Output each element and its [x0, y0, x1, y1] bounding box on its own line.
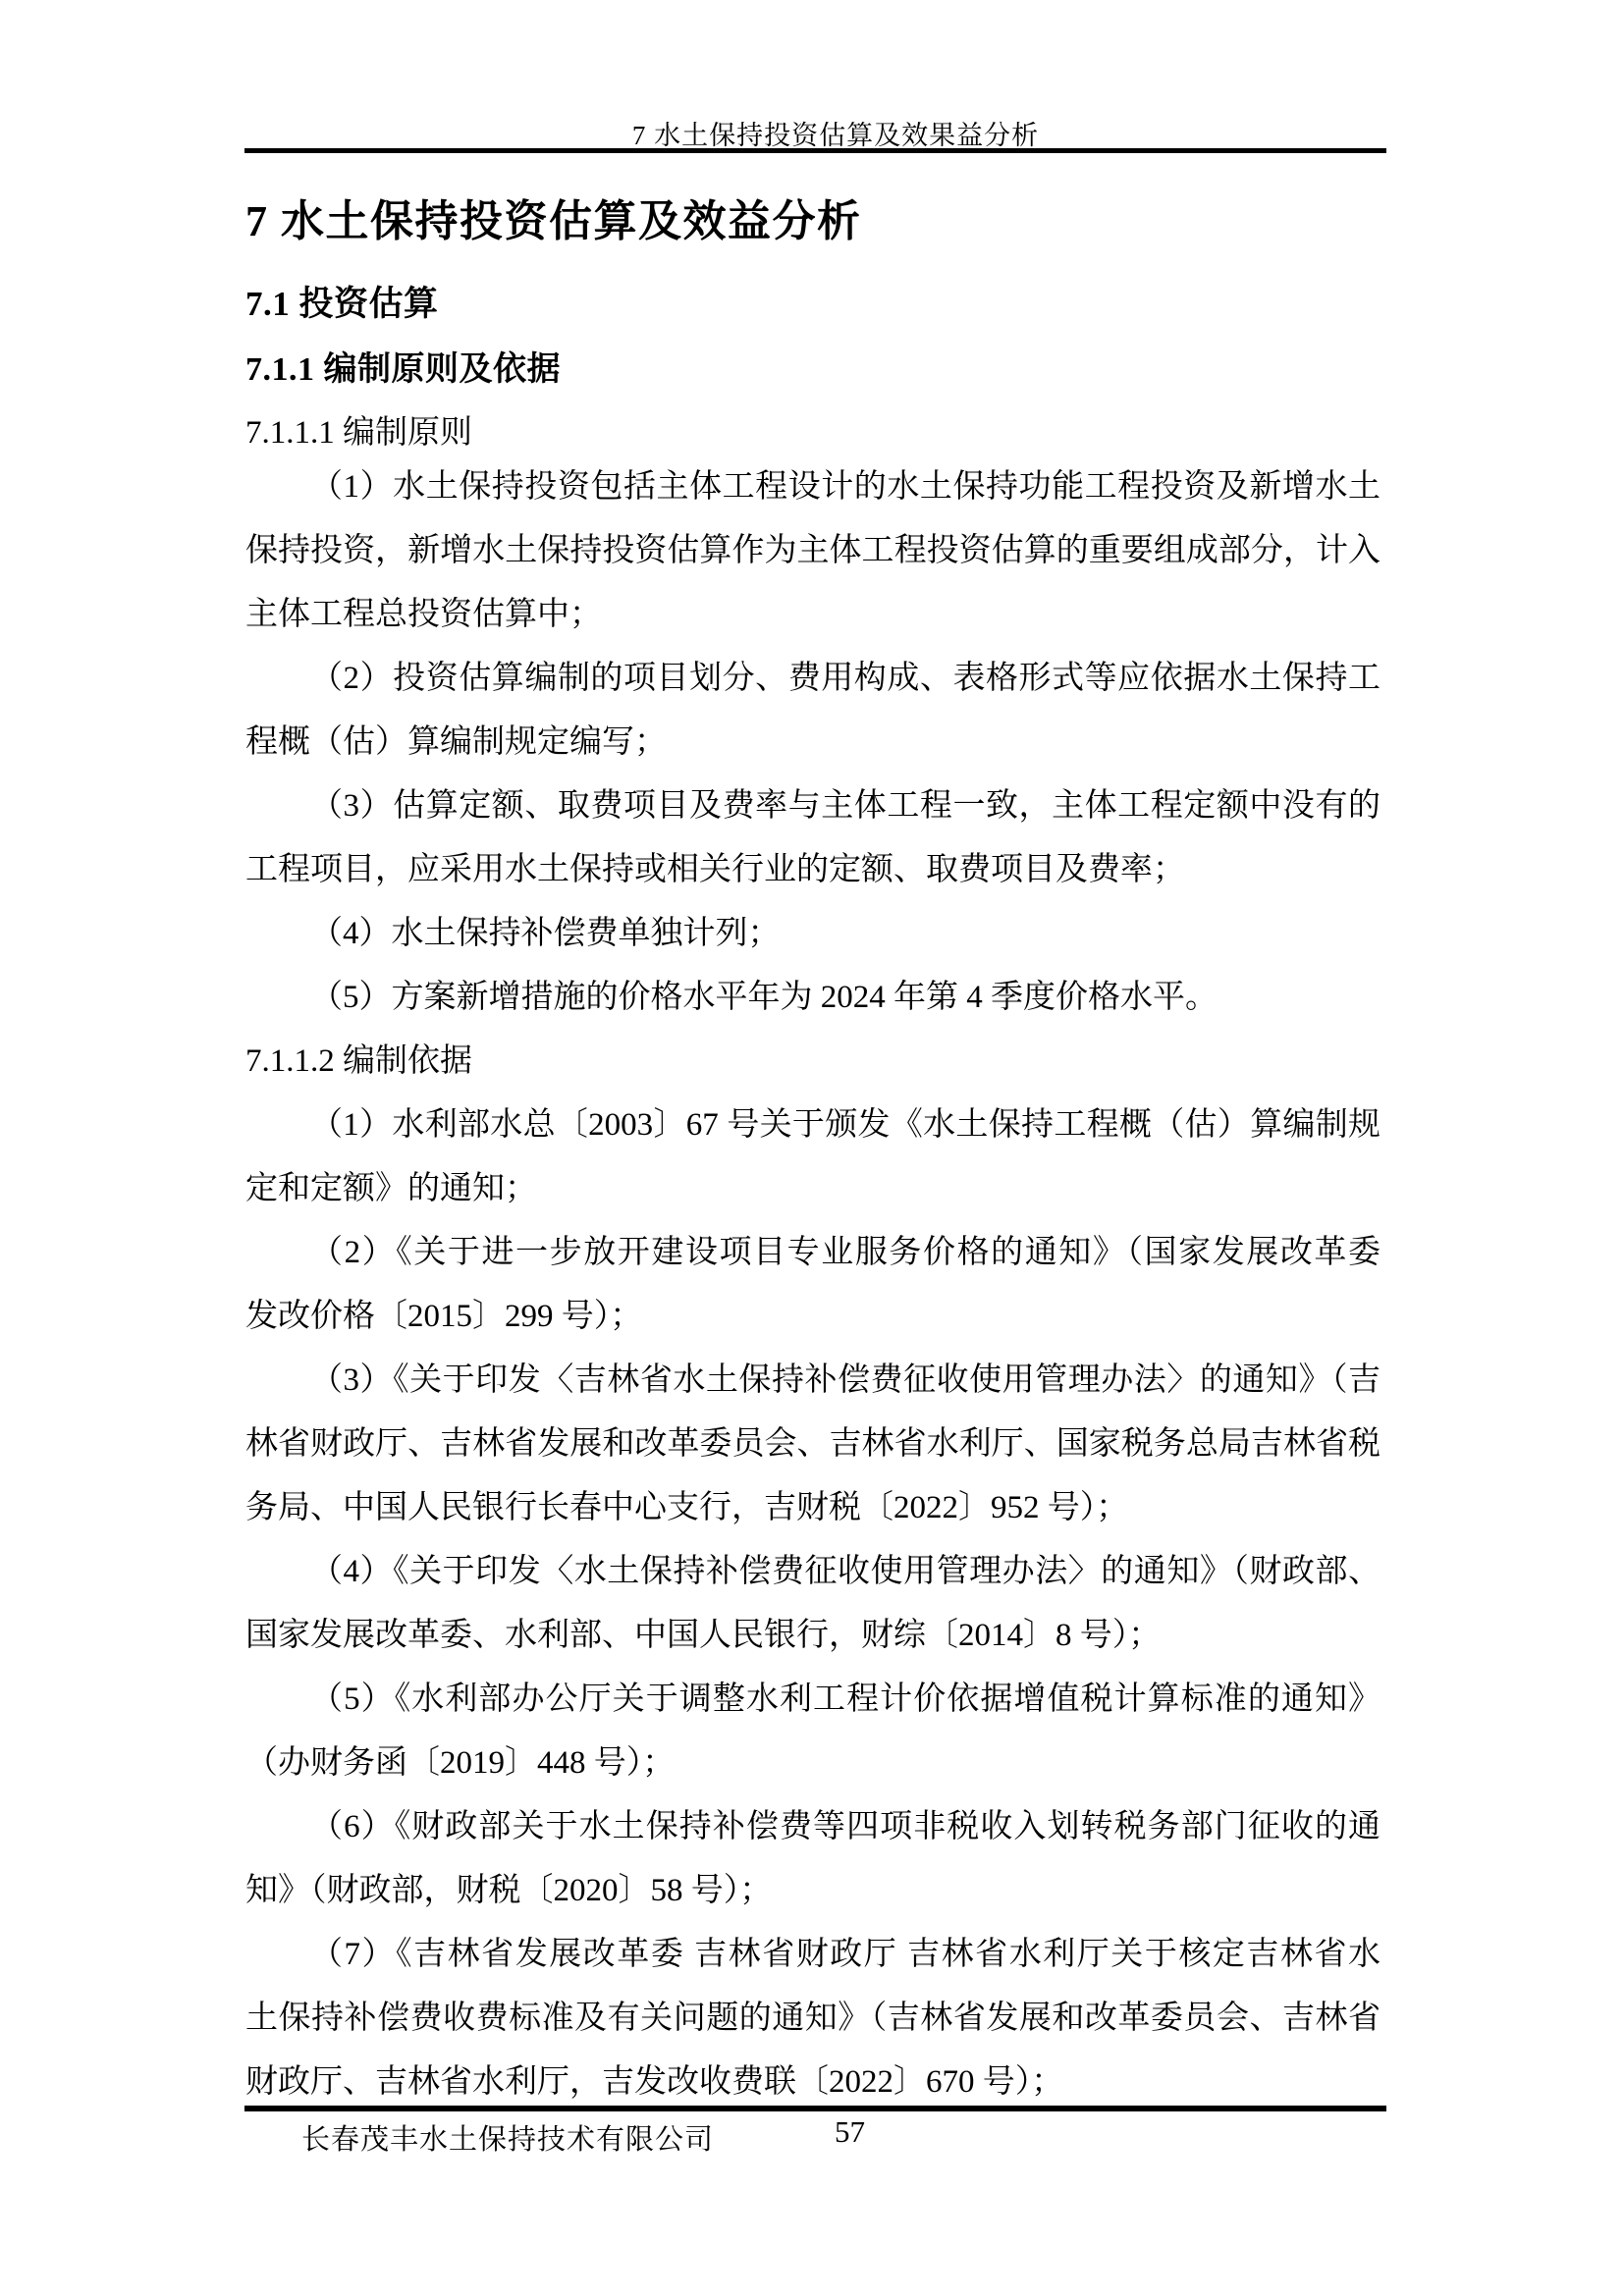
text-line: （2）《关于进一步放开建设项目专业服务价格的通知》（国家发展改革委	[245, 1221, 1380, 1285]
paragraph-basis-4: （4）《关于印发〈水土保持补偿费征收使用管理办法〉的通知》（财政部、 国家发展改…	[245, 1540, 1380, 1668]
text-line: 林省财政厅、吉林省发展和改革委员会、吉林省水利厅、国家税务总局吉林省税	[245, 1413, 1380, 1476]
paragraph-basis-5: （5）《水利部办公厅关于调整水利工程计价依据增值税计算标准的通知》 （办财务函〔…	[245, 1668, 1380, 1795]
footer-company-name: 长春茂丰水土保持技术有限公司	[301, 2117, 714, 2158]
document-content: 7 水土保持投资估算及效益分析 7.1 投资估算 7.1.1 编制原则及依据 7…	[245, 0, 1380, 2114]
text-line: （3）《关于印发〈吉林省水土保持补偿费征收使用管理办法〉的通知》（吉	[245, 1349, 1380, 1413]
text-line: （5）方案新增措施的价格水平年为 2024 年第 4 季度价格水平。	[245, 966, 1380, 1030]
text-line: （6）《财政部关于水土保持补偿费等四项非税收入划转税务部门征收的通	[245, 1795, 1380, 1859]
page-background: 7 水土保持投资估算及效果益分析 7 水土保持投资估算及效益分析 7.1 投资估…	[0, 0, 1624, 2296]
subsection-heading-7-1-1: 7.1.1 编制原则及依据	[245, 347, 1380, 393]
running-footer: 长春茂丰水土保持技术有限公司 57	[245, 2111, 1387, 2156]
paragraph-principle-1: （1）水土保持投资包括主体工程设计的水土保持功能工程投资及新增水土 保持投资，新…	[245, 455, 1380, 647]
text-line: （1）水利部水总〔2003〕67 号关于颁发《水土保持工程概（估）算编制规	[245, 1094, 1380, 1157]
subsubsection-heading-7-1-1-2: 7.1.1.2 编制依据	[245, 1030, 1380, 1094]
section-heading-7-1: 7.1 投资估算	[245, 282, 1380, 327]
text-line: 定和定额》的通知；	[245, 1157, 1380, 1221]
chapter-title: 7 水土保持投资估算及效益分析	[245, 0, 1380, 249]
text-line: 主体工程总投资估算中；	[245, 583, 1380, 647]
paragraph-basis-1: （1）水利部水总〔2003〕67 号关于颁发《水土保持工程概（估）算编制规 定和…	[245, 1094, 1380, 1221]
subsubsection-heading-7-1-1-1: 7.1.1.1 编制原则	[245, 410, 1380, 455]
text-line: （1）水土保持投资包括主体工程设计的水土保持功能工程投资及新增水土	[245, 455, 1380, 519]
text-line: （2）投资估算编制的项目划分、费用构成、表格形式等应依据水土保持工	[245, 647, 1380, 711]
text-line: （办财务函〔2019〕448 号）；	[245, 1732, 1380, 1795]
text-line: 发改价格〔2015〕299 号）；	[245, 1285, 1380, 1349]
paragraph-principle-3: （3）估算定额、取费项目及费率与主体工程一致，主体工程定额中没有的 工程项目，应…	[245, 774, 1380, 902]
text-line: （5）《水利部办公厅关于调整水利工程计价依据增值税计算标准的通知》	[245, 1668, 1380, 1732]
text-line: （4）《关于印发〈水土保持补偿费征收使用管理办法〉的通知》（财政部、	[245, 1540, 1380, 1604]
page-number: 57	[835, 2114, 865, 2150]
text-line: 程概（估）算编制规定编写；	[245, 711, 1380, 774]
text-line: 工程项目，应采用水土保持或相关行业的定额、取费项目及费率；	[245, 838, 1380, 902]
text-line: 保持投资，新增水土保持投资估算作为主体工程投资估算的重要组成部分，计入	[245, 519, 1380, 583]
text-line: （4）水土保持补偿费单独计列；	[245, 902, 1380, 966]
text-line: （3）估算定额、取费项目及费率与主体工程一致，主体工程定额中没有的	[245, 774, 1380, 838]
document-page: { "page_header": { "text": "7 水土保持投资估算及效…	[0, 0, 1624, 2296]
paragraph-principle-4: （4）水土保持补偿费单独计列；	[245, 902, 1380, 966]
paragraph-basis-6: （6）《财政部关于水土保持补偿费等四项非税收入划转税务部门征收的通 知》（财政部…	[245, 1795, 1380, 1923]
paragraph-principle-5: （5）方案新增措施的价格水平年为 2024 年第 4 季度价格水平。	[245, 966, 1380, 1030]
text-line: 国家发展改革委、水利部、中国人民银行，财综〔2014〕8 号）；	[245, 1604, 1380, 1668]
text-line: 土保持补偿费收费标准及有关问题的通知》（吉林省发展和改革委员会、吉林省	[245, 1987, 1380, 2051]
paragraph-principle-2: （2）投资估算编制的项目划分、费用构成、表格形式等应依据水土保持工 程概（估）算…	[245, 647, 1380, 774]
text-line: 务局、中国人民银行长春中心支行，吉财税〔2022〕952 号）；	[245, 1476, 1380, 1540]
paragraph-basis-7: （7）《吉林省发展改革委 吉林省财政厅 吉林省水利厅关于核定吉林省水 土保持补偿…	[245, 1923, 1380, 2114]
text-line: （7）《吉林省发展改革委 吉林省财政厅 吉林省水利厅关于核定吉林省水	[245, 1923, 1380, 1987]
text-line: 知》（财政部，财税〔2020〕58 号）；	[245, 1859, 1380, 1923]
paragraph-basis-3: （3）《关于印发〈吉林省水土保持补偿费征收使用管理办法〉的通知》（吉 林省财政厅…	[245, 1349, 1380, 1540]
paragraph-basis-2: （2）《关于进一步放开建设项目专业服务价格的通知》（国家发展改革委 发改价格〔2…	[245, 1221, 1380, 1349]
